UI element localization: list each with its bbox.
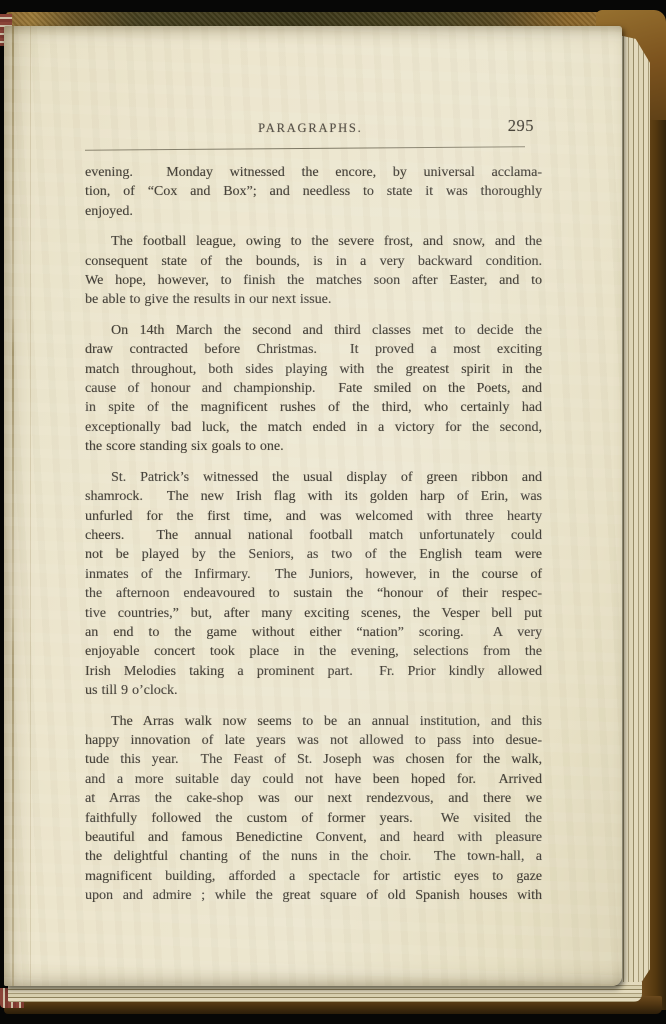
text-line: evening. Monday witnessed the encore, by…	[85, 163, 542, 182]
text-line: draw contracted before Christmas. It pro…	[85, 340, 542, 359]
gutter-crease-line	[30, 26, 31, 986]
scanned-book-photo: PARAGRAPHS. 295 evening. Monday witnesse…	[0, 0, 666, 1024]
text-line: not be played by the Seniors, as two of …	[85, 545, 542, 564]
header-rule	[85, 146, 525, 151]
text-line: enjoyed.	[85, 202, 542, 221]
text-line: beautiful and famous Benedictine Convent…	[85, 828, 542, 847]
text-block: evening. Monday witnessed the encore, by…	[85, 163, 542, 906]
text-line: cheers. The annual national football mat…	[85, 526, 542, 545]
text-line: tion, of “Cox and Box”; and needless to …	[85, 182, 542, 201]
text-line: shamrock. The new Irish flag with its go…	[85, 487, 542, 506]
text-line: exceptionally bad luck, the match ended …	[85, 418, 542, 437]
text-line: consequent state of the bounds, is in a …	[85, 252, 542, 271]
page-number: 295	[508, 116, 534, 136]
text-line: inmates of the Infirmary. The Juniors, h…	[85, 565, 542, 584]
text-line: Irish Melodies taking a prominent part. …	[85, 662, 542, 681]
page-header: PARAGRAPHS. 295	[85, 118, 542, 140]
paragraph: The football league, owing to the severe…	[85, 232, 542, 310]
text-line: The football league, owing to the severe…	[85, 232, 542, 251]
running-header-title: PARAGRAPHS.	[258, 121, 362, 136]
text-line: The Arras walk now seems to be an annual…	[85, 712, 542, 731]
text-line: happy innovation of late years was not a…	[85, 731, 542, 750]
text-line: enjoyable concert took place in the even…	[85, 642, 542, 661]
text-line: us till 9 o’clock.	[85, 681, 542, 700]
text-line: magnificent building, afforded a spectac…	[85, 867, 542, 886]
text-line: be able to give the results in our next …	[85, 290, 542, 309]
text-line: an end to the game without either “natio…	[85, 623, 542, 642]
text-line: On 14th March the second and third class…	[85, 321, 542, 340]
text-line: the delightful chanting of the nuns in t…	[85, 847, 542, 866]
text-line: St. Patrick’s witnessed the usual displa…	[85, 468, 542, 487]
paragraph: evening. Monday witnessed the encore, by…	[85, 163, 542, 221]
text-line: faithfully followed the custom of former…	[85, 809, 542, 828]
text-line: match throughout, both sides playing wit…	[85, 360, 542, 379]
text-line: the score standing six goals to one.	[85, 437, 542, 456]
text-line: tive countries,” but, after many excitin…	[85, 604, 542, 623]
text-line: cause of honour and championship. Fate s…	[85, 379, 542, 398]
paragraph: St. Patrick’s witnessed the usual displa…	[85, 468, 542, 701]
text-line: We hope, however, to finish the matches …	[85, 271, 542, 290]
gutter-crease-line	[12, 26, 14, 986]
text-line: the afternoon endeavoured to sustain the…	[85, 584, 542, 603]
text-line: unfurled for the first time, and was wel…	[85, 507, 542, 526]
text-line: tude this year. The Feast of St. Joseph …	[85, 750, 542, 769]
paragraph: The Arras walk now seems to be an annual…	[85, 712, 542, 906]
text-line: upon and admire ; while the great square…	[85, 886, 542, 905]
paragraph: On 14th March the second and third class…	[85, 321, 542, 457]
text-line: in spite of the magnificent rushes of th…	[85, 398, 542, 417]
text-line: at Arras the cake-shop was our next rend…	[85, 789, 542, 808]
book-page: PARAGRAPHS. 295 evening. Monday witnesse…	[4, 26, 622, 986]
text-line: and a more suitable day could not have b…	[85, 770, 542, 789]
